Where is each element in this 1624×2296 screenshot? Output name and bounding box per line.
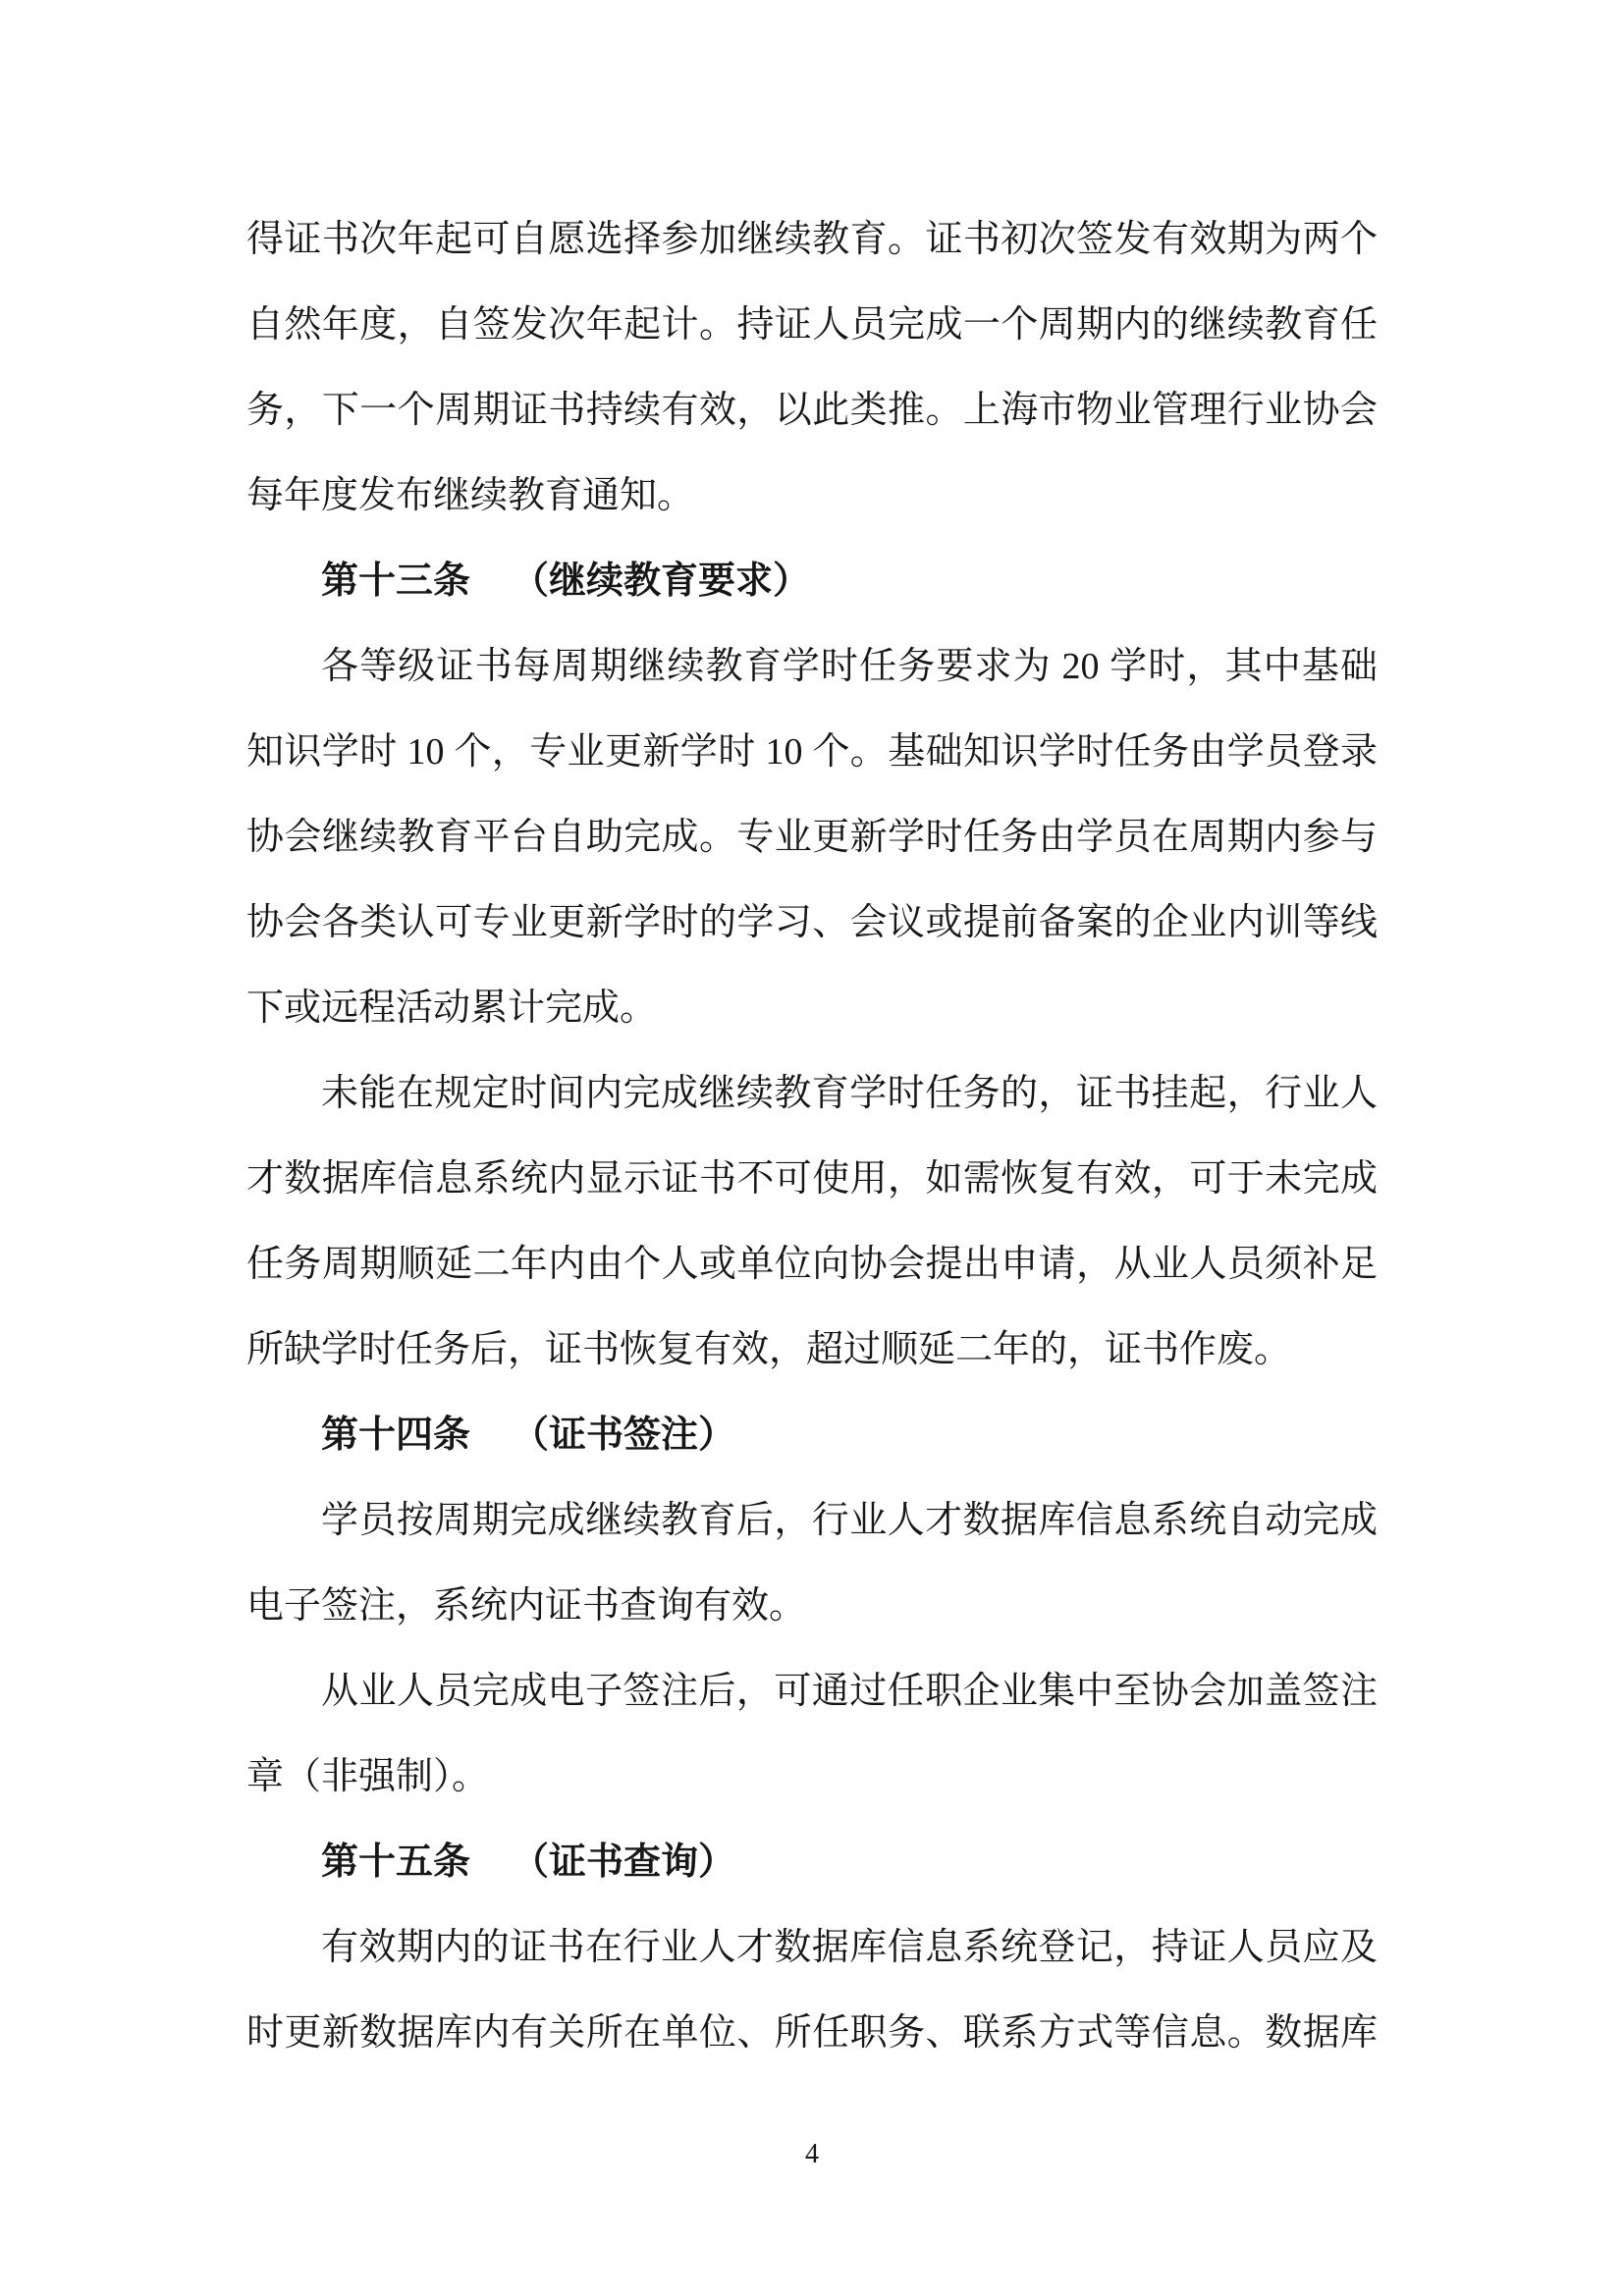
article-15-heading: 第十五条（证书查询）	[246, 1820, 1378, 1905]
article-15-title: （证书查询）	[512, 1842, 735, 1883]
article-13-heading: 第十三条（继续教育要求）	[246, 539, 1378, 624]
article-14-number: 第十四条	[321, 1415, 470, 1456]
doc-line: 知识学时 10 个，专业更新学时 10 个。基础知识学时任务由学员登录	[246, 710, 1378, 795]
doc-line: 协会继续教育平台自助完成。专业更新学时任务由学员在周期内参与	[246, 795, 1378, 881]
article-14-heading: 第十四条（证书签注）	[246, 1393, 1378, 1478]
doc-line: 得证书次年起可自愿选择参加继续教育。证书初次签发有效期为两个	[246, 197, 1378, 283]
document-text-block: 得证书次年起可自愿选择参加继续教育。证书初次签发有效期为两个 自然年度，自签发次…	[246, 197, 1378, 2076]
doc-line: 协会各类认可专业更新学时的学习、会议或提前备案的企业内训等线	[246, 881, 1378, 966]
doc-line: 才数据库信息系统内显示证书不可使用，如需恢复有效，可于未完成	[246, 1137, 1378, 1222]
doc-line: 自然年度，自签发次年起计。持证人员完成一个周期内的继续教育任	[246, 283, 1378, 368]
page-number: 4	[0, 2132, 1624, 2176]
doc-line: 下或远程活动累计完成。	[246, 966, 1378, 1051]
doc-line: 章（非强制）。	[246, 1735, 1378, 1820]
article-15-number: 第十五条	[321, 1842, 470, 1883]
doc-line: 电子签注，系统内证书查询有效。	[246, 1564, 1378, 1649]
doc-line: 未能在规定时间内完成继续教育学时任务的，证书挂起，行业人	[246, 1051, 1378, 1137]
doc-line: 所缺学时任务后，证书恢复有效，超过顺延二年的，证书作废。	[246, 1308, 1378, 1393]
article-14-title: （证书签注）	[512, 1415, 735, 1456]
article-13-title: （继续教育要求）	[512, 561, 810, 602]
doc-line: 每年度发布继续教育通知。	[246, 454, 1378, 539]
doc-line: 任务周期顺延二年内由个人或单位向协会提出申请，从业人员须补足	[246, 1222, 1378, 1308]
doc-line: 有效期内的证书在行业人才数据库信息系统登记，持证人员应及	[246, 1905, 1378, 1991]
doc-line: 从业人员完成电子签注后，可通过任职企业集中至协会加盖签注	[246, 1649, 1378, 1735]
doc-line: 学员按周期完成继续教育后，行业人才数据库信息系统自动完成	[246, 1478, 1378, 1564]
doc-line: 各等级证书每周期继续教育学时任务要求为 20 学时，其中基础	[246, 624, 1378, 710]
doc-line: 时更新数据库内有关所在单位、所任职务、联系方式等信息。数据库	[246, 1991, 1378, 2076]
article-13-number: 第十三条	[321, 561, 470, 602]
doc-line: 务，下一个周期证书持续有效，以此类推。上海市物业管理行业协会	[246, 368, 1378, 454]
document-page: 得证书次年起可自愿选择参加继续教育。证书初次签发有效期为两个 自然年度，自签发次…	[0, 0, 1624, 2296]
